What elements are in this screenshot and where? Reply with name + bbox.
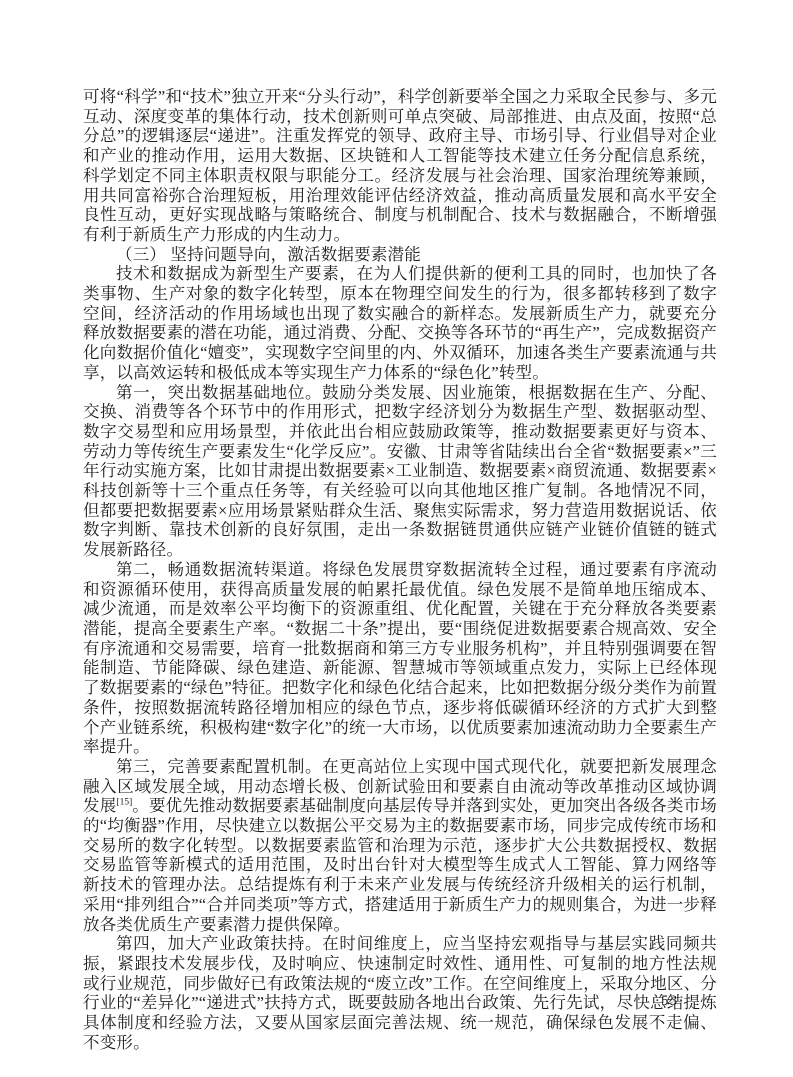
journal-page: 可将“科学”和“技术”独立开来“分头行动”，科学创新要举全国之力采取全民参与、多…: [0, 0, 793, 1077]
section-heading: （三） 坚持问题导向，激活数据要素潜能: [83, 245, 717, 265]
paragraph: 第三，完善要素配置机制。在更高站位上实现中国式现代化，就要把新发展理念融入区域发…: [83, 757, 717, 934]
paragraph: 第二，畅通数据流转渠道。将绿色发展贯穿数据流转全过程，通过要素有序流动和资源循环…: [83, 560, 717, 757]
paragraph: 技术和数据成为新型生产要素，在为人们提供新的便利工具的同时，也加快了各类事物、生…: [83, 264, 717, 382]
paragraph: 第四，加大产业政策扶持。在时间维度上，应当坚持宏观指导与基层实践同频共振，紧跟技…: [83, 934, 717, 1052]
paragraph: 第一，突出数据基础地位。鼓励分类发展、因业施策，根据数据在生产、分配、交换、消费…: [83, 383, 717, 560]
paragraph-continuation: 可将“科学”和“技术”独立开来“分头行动”，科学创新要举全国之力采取全民参与、多…: [83, 87, 717, 245]
article-body: 可将“科学”和“技术”独立开来“分头行动”，科学创新要举全国之力采取全民参与、多…: [83, 87, 717, 1052]
citation-reference-15: [15]: [116, 798, 132, 808]
page-number: ·53·: [655, 993, 685, 1010]
paragraph-text: 。要优先推动数据要素基础制度向基层传导并落到实处，更加突出各级各类市场的“均衡器…: [83, 796, 717, 933]
